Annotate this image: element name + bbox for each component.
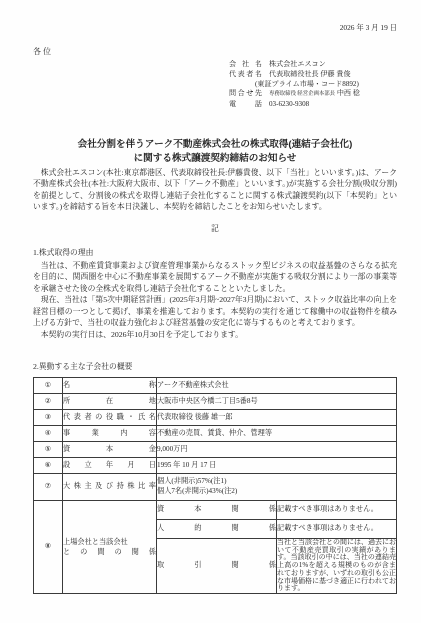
relation-subvalue: 記載すべき事項はありません。 [277,500,397,519]
contact-person: 専務取締役 経営企画本部長 中西 稔 [269,89,360,100]
row-number: ⑧ [34,500,63,593]
table-row-business: ④ 事業内容 不動産の売買、賃貸、仲介、管理等 [34,425,397,441]
row-number: ② [34,393,63,409]
row-value: 代表取締役 後藤 雄一郎 [157,409,397,425]
document-page: 2026 年 3 月 19 日 各 位 会社名 株式会社エスコン 代表者名 代表… [0,0,421,623]
salutation: 各 位 [33,46,397,58]
phone-number: 03-6230-9308 [269,100,309,110]
section1-paragraph-2: 現在、当社は「第5次中期経営計画」(2025年3月期~2027年3月期)において… [33,294,397,329]
row-value: 9,000万円 [157,441,397,457]
row-value: 個人(非開示)57%(注1) 個人7名(非開示)43%(注2) [157,473,397,500]
contact-label: 問合せ先 [229,89,262,100]
row-number: ① [34,377,63,393]
issuer-company-row: 会社名 株式会社エスコン [229,60,397,70]
row-label: 所在地 [63,393,157,409]
issuer-phone-row: 電話 03-6230-9308 [229,100,397,110]
representative-name: 代表取締役社長 伊藤 貴俊 [269,70,351,80]
relation-sublabel: 取引関係 [157,538,277,593]
section1-paragraph-3: 本契約の実行日は、2026年10月30日を予定しております。 [33,329,397,341]
table-row-established: ⑥ 設立年月日 1995 年 10 月 17 日 [34,457,397,473]
section1-heading: 1.株式取得の理由 [33,247,397,259]
table-row-name: ① 名称 アーク不動産株式会社 [34,377,397,393]
row-label: 事業内容 [63,425,157,441]
row-number: ④ [34,425,63,441]
relation-sublabel: 人的関係 [157,519,277,538]
relation-label-line2: との間の関係 [63,547,156,557]
row-label-relation: 上場会社と当該会社 との間の関係 [63,500,157,593]
table-row-address: ② 所在地 大阪市中央区今橋二丁目5番8号 [34,393,397,409]
document-title: 会社分割を伴うアーク不動産株式会社の株式取得(連結子会社化) に関する株式譲渡契… [33,138,397,167]
listing-info: (東証プライム市場・コード8892) [255,80,397,90]
shareholder-line1: 個人(非開示)57%(注1) [157,477,396,487]
row-number: ③ [34,409,63,425]
row-value: アーク不動産株式会社 [157,377,397,393]
document-title-line1: 会社分割を伴うアーク不動産株式会社の株式取得(連結子会社化) [33,138,397,153]
relation-label-line1: 上場会社と当該会社 [63,537,156,547]
company-label: 会社名 [229,60,262,70]
document-date: 2026 年 3 月 19 日 [33,22,397,34]
document-title-line2: に関する株式譲渡契約締結のお知らせ [33,152,397,167]
section1-body: 当社は、不動産賃貸事業および資産管理事業からなるストック型ビジネスの収益基盤のさ… [33,260,397,341]
row-label: 設立年月日 [63,457,157,473]
issuer-representative-row: 代表者名 代表取締役社長 伊藤 貴俊 [229,70,397,80]
relation-subvalue: 当社と当該会社との間には、過去において不動産売買取引の実績があります。当該取引の… [277,538,397,593]
row-value: 不動産の売買、賃貸、仲介、管理等 [157,425,397,441]
row-number: ⑤ [34,441,63,457]
representative-label: 代表者名 [229,70,262,80]
company-name: 株式会社エスコン [269,60,326,70]
relation-sublabel: 資本関係 [157,500,277,519]
table-row-shareholders: ⑦ 大株主及び持株比率 個人(非開示)57%(注1) 個人7名(非開示)43%(… [34,473,397,500]
row-value: 大阪市中央区今橋二丁目5番8号 [157,393,397,409]
contact-name: 中西 稔 [337,89,360,97]
section2-heading: 2.異動する主な子会社の概要 [33,361,397,373]
relation-subvalue: 記載すべき事項はありません。 [277,519,397,538]
row-label: 大株主及び持株比率 [63,473,157,500]
row-number: ⑦ [34,473,63,500]
row-label: 資本金 [63,441,157,457]
row-label: 代表者の役職・氏名 [63,409,157,425]
table-row-representative: ③ 代表者の役職・氏名 代表取締役 後藤 雄一郎 [34,409,397,425]
contact-title: 専務取締役 経営企画本部長 [269,91,335,97]
row-label: 名称 [63,377,157,393]
subsidiary-overview-table: ① 名称 アーク不動産株式会社 ② 所在地 大阪市中央区今橋二丁目5番8号 ③ … [33,377,397,594]
table-row-relation-capital: ⑧ 上場会社と当該会社 との間の関係 資本関係 記載すべき事項はありません。 [34,500,397,519]
row-number: ⑥ [34,457,63,473]
issuer-contact-row: 問合せ先 専務取締役 経営企画本部長 中西 稔 [229,89,397,100]
issuer-block: 会社名 株式会社エスコン 代表者名 代表取締役社長 伊藤 貴俊 (東証プライム市… [229,60,397,110]
notice-mark: 記 [33,223,397,235]
row-value: 1995 年 10 月 17 日 [157,457,397,473]
shareholder-line2: 個人7名(非開示)43%(注2) [157,487,396,497]
intro-paragraph: 株式会社エスコン(本社:東京都港区、代表取締役社長:伊藤貴俊、以下「当社」といい… [33,167,397,213]
table-row-capital: ⑤ 資本金 9,000万円 [34,441,397,457]
phone-label: 電話 [229,100,262,110]
section1-paragraph-1: 当社は、不動産賃貸事業および資産管理事業からなるストック型ビジネスの収益基盤のさ… [33,260,397,295]
